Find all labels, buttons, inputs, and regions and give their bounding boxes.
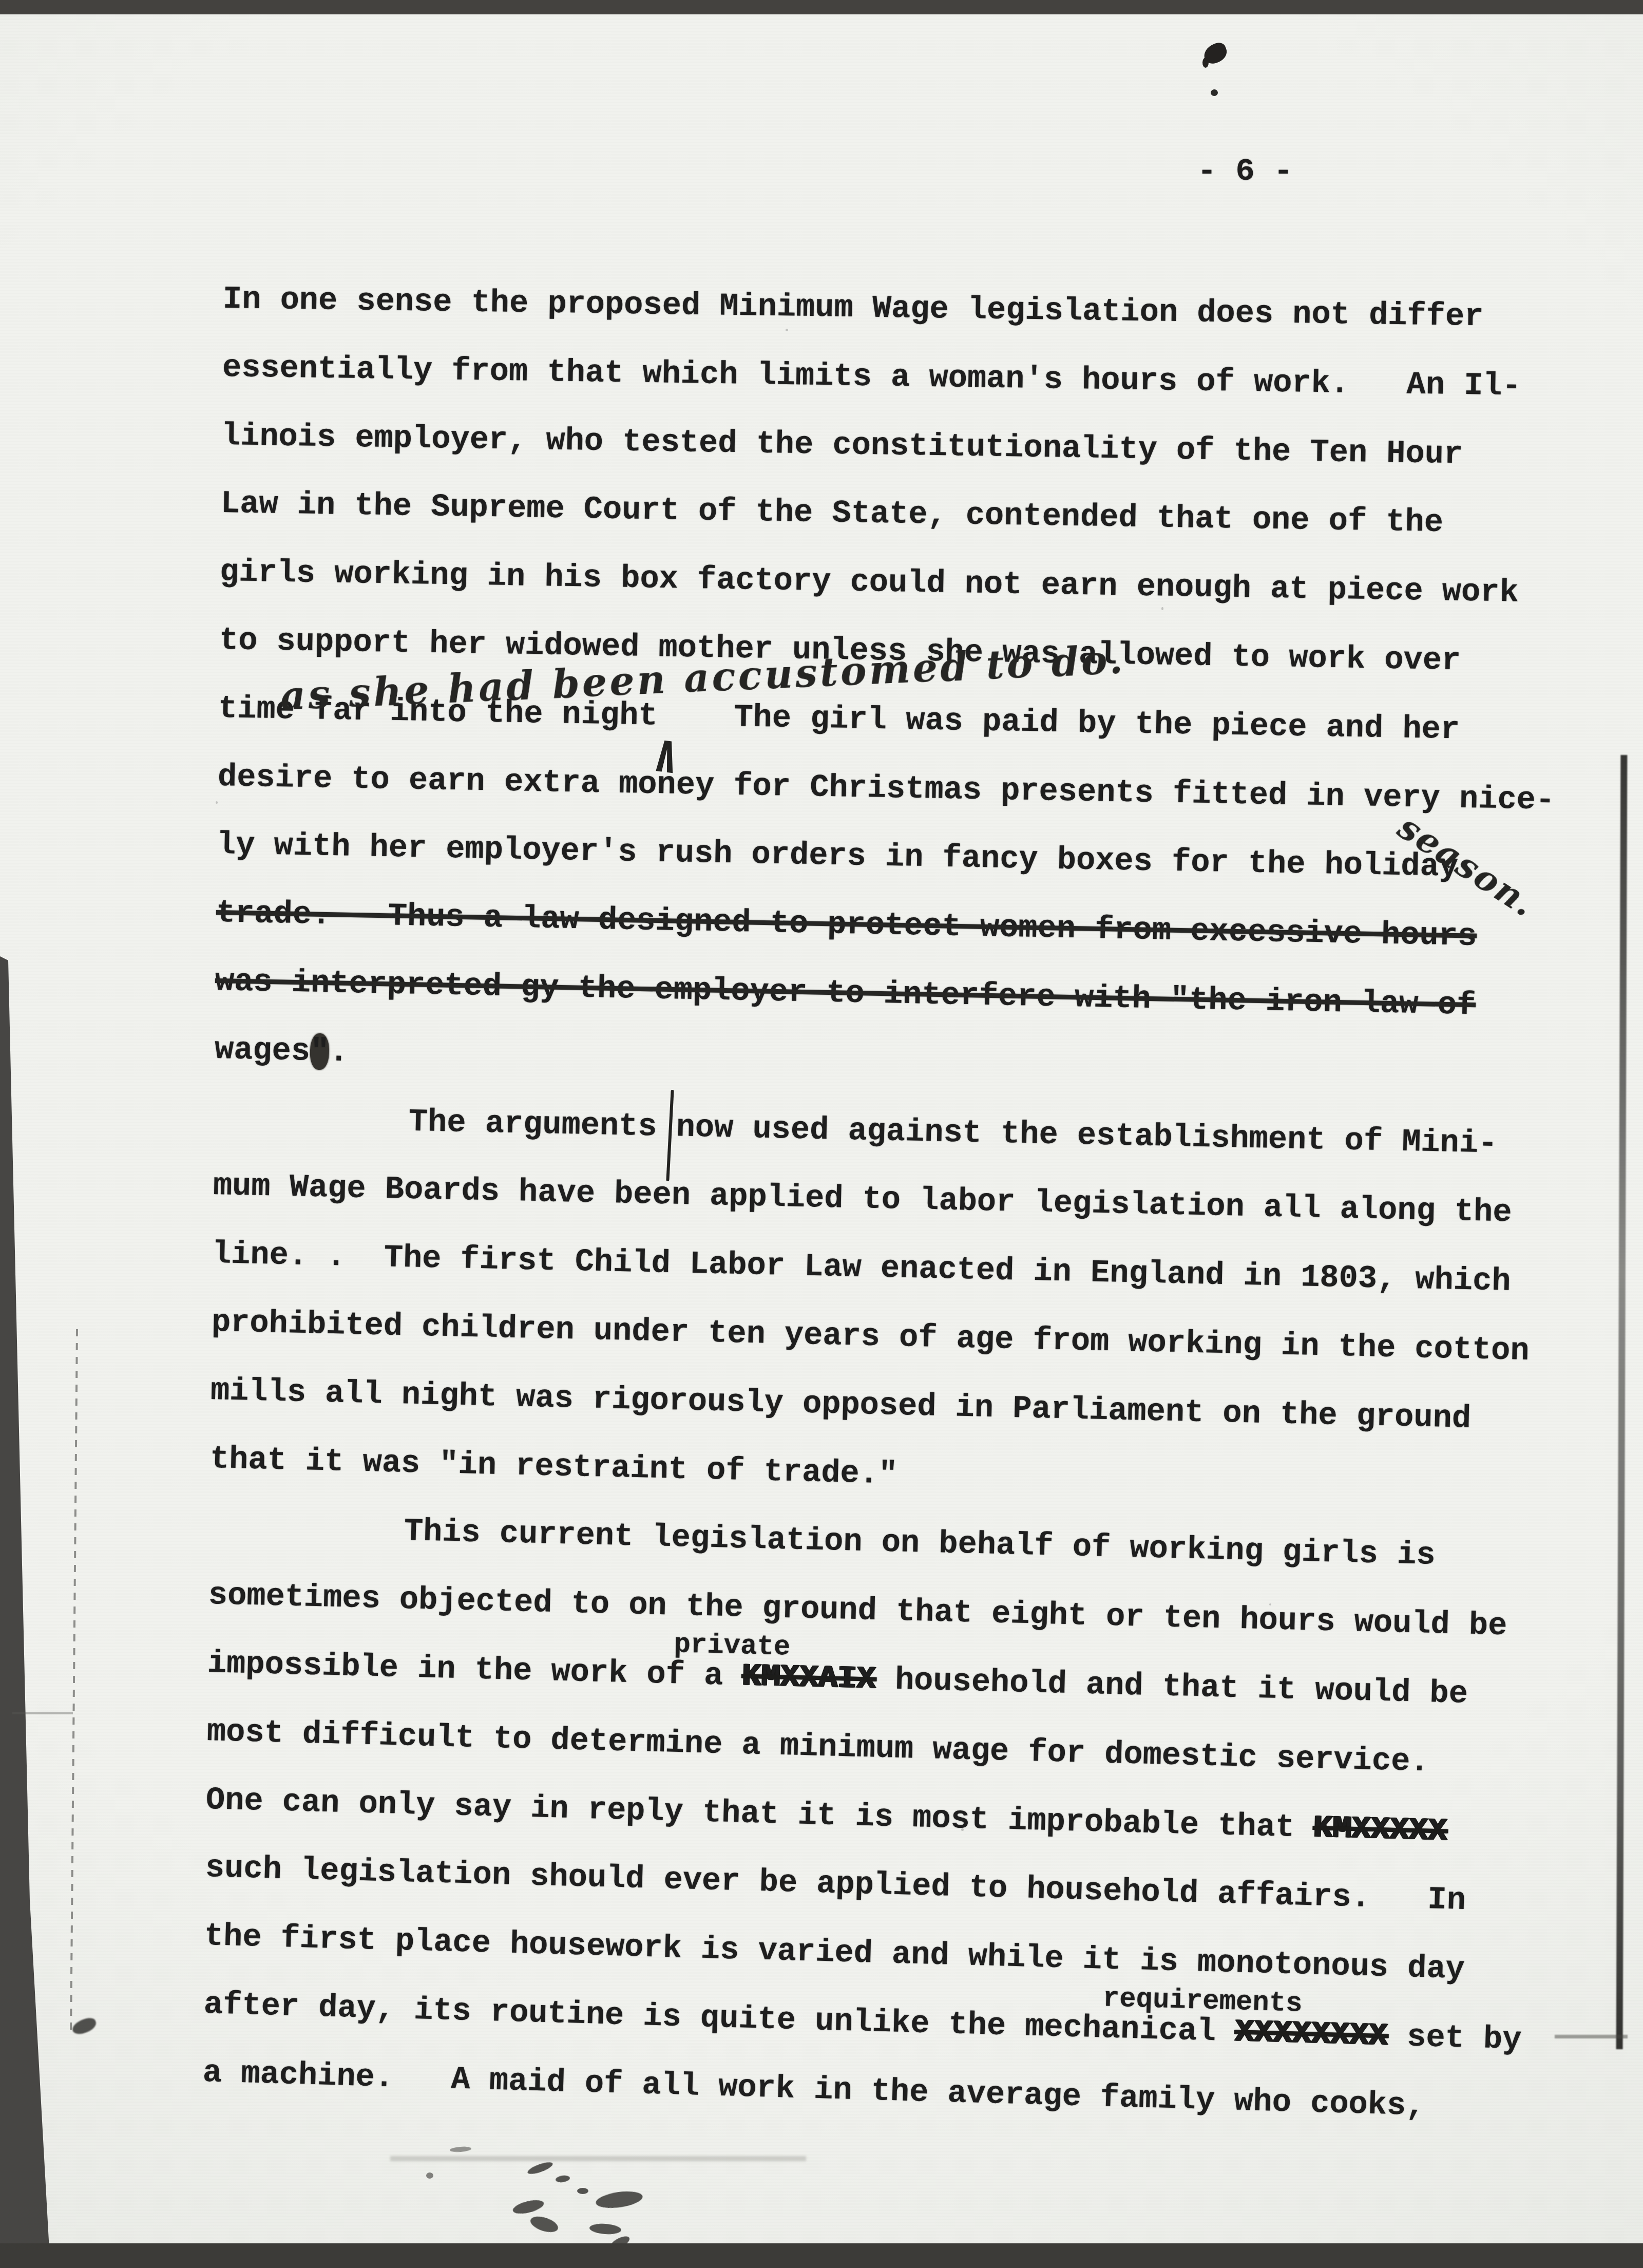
pencil-scribble [426,2172,433,2179]
ink-dot [1211,89,1218,96]
dust-speck [786,329,788,331]
struck-segment: " [310,1033,330,1070]
typed-segment: The arguments now used against the estab… [408,1103,1498,1162]
typed-segment: prohibited children under ten years of a… [211,1304,1530,1369]
typed-line: such legislation should ever be applied … [205,1852,1466,1917]
typed-line: This current legislation on behalf of wo… [208,1511,1436,1572]
dust-speck [330,1193,332,1195]
typed-segment: a machine. A maid of all work in the ave… [202,2054,1425,2125]
typed-segment: mills all night was rigorously opposed i… [210,1372,1472,1437]
dust-speck [1161,607,1163,610]
typed-segment: the first place housework is varied and … [204,1918,1465,1988]
typed-line: line. . The first Child Labor Law enacte… [212,1238,1511,1298]
struck-segment: KMXXXXX [1313,1810,1447,1850]
typed-segment: . [329,1033,349,1070]
typed-line: the first place housework is varied and … [204,1920,1465,1986]
typed-segment: essentially from that which limits a wom… [222,349,1521,405]
typed-segment: such legislation should ever be applied … [205,1849,1466,1919]
interlined-correction: private [674,1629,791,1664]
dust-speck [961,1828,964,1831]
typed-segment: In one sense the proposed Minimum Wage l… [223,281,1484,335]
pencil-scribble [577,2188,588,2194]
typed-line: In one sense the proposed Minimum Wage l… [223,283,1484,333]
typed-line: that it was "in restraint of trade." [209,1443,897,1491]
typed-line: was interpreted gy the employer to inter… [215,966,1476,1022]
struck-segment: XXXXXXXX [1234,2014,1388,2054]
typed-line: prohibited children under ten years of a… [211,1307,1530,1367]
typed-line: One can only say in reply that it is mos… [205,1784,1447,1848]
dust-speck [216,801,218,804]
typed-segment: impossible in the work of a [207,1645,742,1694]
typed-line: wages". [214,1034,349,1068]
scanned-typescript-page: - 6 - In one sense the proposed Minimum … [0,0,1643,2268]
typed-segment: line. . The first Child Labor Law enacte… [212,1236,1511,1300]
typed-segment: household and that it would be [875,1661,1468,1712]
typed-line: mum Wage Boards have been applied to lab… [213,1170,1512,1229]
typed-segment: most difficult to determine a minimum wa… [206,1713,1429,1780]
typed-line: The arguments now used against the estab… [213,1102,1497,1160]
typed-line: impossible in the work of a KMXXAIX hous… [207,1648,1468,1710]
interlined-correction: requirements [1102,1983,1302,2020]
typed-line: mills all night was rigorously opposed i… [210,1375,1471,1435]
typed-line: essentially from that which limits a wom… [222,352,1521,403]
ink-blot-tail [1202,58,1209,68]
struck-segment: was interpreted gy the employer to inter… [215,963,1476,1024]
typed-segment: desire to earn extra money for Christmas… [217,759,1555,819]
typed-segment: linois employer, who tested the constitu… [221,418,1463,472]
typed-segment: after day, its routine is quite unlike t… [203,1986,1235,2050]
typed-segment: girls working in his box factory could n… [219,554,1519,611]
typed-line: desire to earn extra money for Christmas… [217,761,1555,817]
typed-segment: sometimes objected to on the ground that… [208,1577,1507,1644]
typed-line: sometimes objected to on the ground that… [208,1579,1507,1642]
typed-segment: wages [214,1031,310,1070]
struck-segment: KMXXAIX [742,1658,876,1697]
typed-line: after day, its routine is quite unlike t… [203,1989,1522,2056]
typed-line: a machine. A maid of all work in the ave… [202,2057,1425,2123]
typed-line: ly with her employer's rush orders in fa… [216,829,1458,883]
typed-line: linois employer, who tested the constitu… [221,420,1463,470]
typed-segment: ly with her employer's rush orders in fa… [216,826,1458,885]
typed-line: Law in the Supreme Court of the State, c… [220,488,1443,539]
dust-speck [1269,1603,1271,1605]
typed-line: trade. Thus a law designed to protect wo… [216,897,1477,953]
typed-line: girls working in his box factory could n… [220,556,1519,609]
typed-line: most difficult to determine a minimum wa… [206,1716,1429,1778]
typed-segment: This current legislation on behalf of wo… [404,1513,1436,1574]
typed-segment: Law in the Supreme Court of the State, c… [220,485,1443,541]
typed-segment: One can only say in reply that it is mos… [205,1782,1314,1846]
typed-segment: mum Wage Boards have been applied to lab… [213,1167,1512,1231]
typed-text-block: In one sense the proposed Minimum Wage l… [0,0,1643,2268]
scan-border-bottom [0,2243,1643,2268]
struck-segment: trade. Thus a law designed to protect wo… [216,895,1477,955]
typed-segment: that it was "in restraint of trade." [209,1441,898,1493]
typed-segment: set by [1387,2018,1522,2058]
